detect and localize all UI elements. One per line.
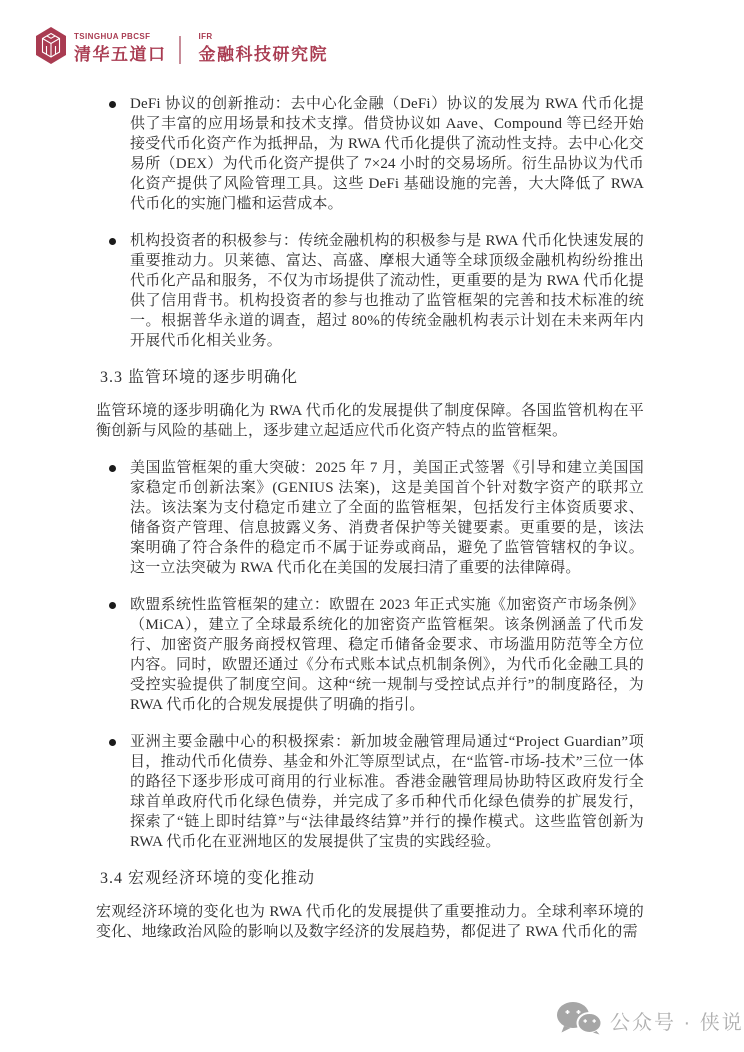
logo-org-en: TSINGHUA PBCSF: [74, 32, 167, 42]
bullet-text: 机构投资者的积极参与：传统金融机构的积极参与是 RWA 代币化快速发展的重要推动…: [130, 231, 644, 351]
bullet-dot-icon: [109, 101, 116, 108]
document-page: TSINGHUA PBCSF 清华五道口 IFR 金融科技研究院 DeFi 协议…: [0, 0, 744, 1052]
bullet-dot-icon: [109, 238, 116, 245]
bullet-dot-icon: [109, 602, 116, 609]
bullet-item-us-regulation: 美国监管框架的重大突破：2025 年 7 月，美国正式签署《引导和建立美国国家稳…: [96, 458, 644, 578]
bullet-text: 亚洲主要金融中心的积极探索：新加坡金融管理局通过“Project Guardia…: [130, 732, 644, 852]
bullet-text: DeFi 协议的创新推动：去中心化金融（DeFi）协议的发展为 RWA 代币化提…: [130, 94, 644, 214]
section-heading-3-4: 3.4 宏观经济环境的变化推动: [100, 869, 644, 889]
bullet-text: 欧盟系统性监管框架的建立：欧盟在 2023 年正式实施《加密资产市场条例》（Mi…: [130, 595, 644, 715]
bullet-dot-icon: [109, 465, 116, 472]
tsinghua-pbcsf-emblem-icon: [36, 27, 66, 69]
logo-org-cn: 清华五道口: [74, 44, 167, 65]
logo-institute-block: IFR 金融科技研究院: [199, 32, 329, 65]
section-heading-3-3: 3.3 监管环境的逐步明确化: [100, 368, 644, 388]
section-3-4-intro: 宏观经济环境的变化也为 RWA 代币化的发展提供了重要推动力。全球利率环境的变化…: [96, 902, 644, 942]
org-logo: TSINGHUA PBCSF 清华五道口 IFR 金融科技研究院: [36, 27, 328, 69]
section-3-3-intro: 监管环境的逐步明确化为 RWA 代币化的发展提供了制度保障。各国监管机构在平衡创…: [96, 401, 644, 441]
bullet-text: 美国监管框架的重大突破：2025 年 7 月，美国正式签署《引导和建立美国国家稳…: [130, 458, 644, 578]
watermark-text: 公众号 · 侠说: [610, 1006, 744, 1035]
bullet-item-defi-protocols: DeFi 协议的创新推动：去中心化金融（DeFi）协议的发展为 RWA 代币化提…: [96, 94, 644, 214]
bullet-item-eu-regulation: 欧盟系统性监管框架的建立：欧盟在 2023 年正式实施《加密资产市场条例》（Mi…: [96, 595, 644, 715]
logo-institute-en: IFR: [199, 32, 329, 42]
document-body: DeFi 协议的创新推动：去中心化金融（DeFi）协议的发展为 RWA 代币化提…: [96, 94, 644, 959]
logo-divider: [179, 36, 181, 64]
bullet-dot-icon: [109, 739, 116, 746]
logo-institute-cn: 金融科技研究院: [199, 44, 329, 65]
wechat-icon: [556, 1001, 602, 1040]
logo-org-block: TSINGHUA PBCSF 清华五道口: [74, 32, 167, 65]
bullet-item-asia-exploration: 亚洲主要金融中心的积极探索：新加坡金融管理局通过“Project Guardia…: [96, 732, 644, 852]
watermark: 公众号 · 侠说: [556, 1001, 744, 1040]
bullet-item-institutional-investors: 机构投资者的积极参与：传统金融机构的积极参与是 RWA 代币化快速发展的重要推动…: [96, 231, 644, 351]
